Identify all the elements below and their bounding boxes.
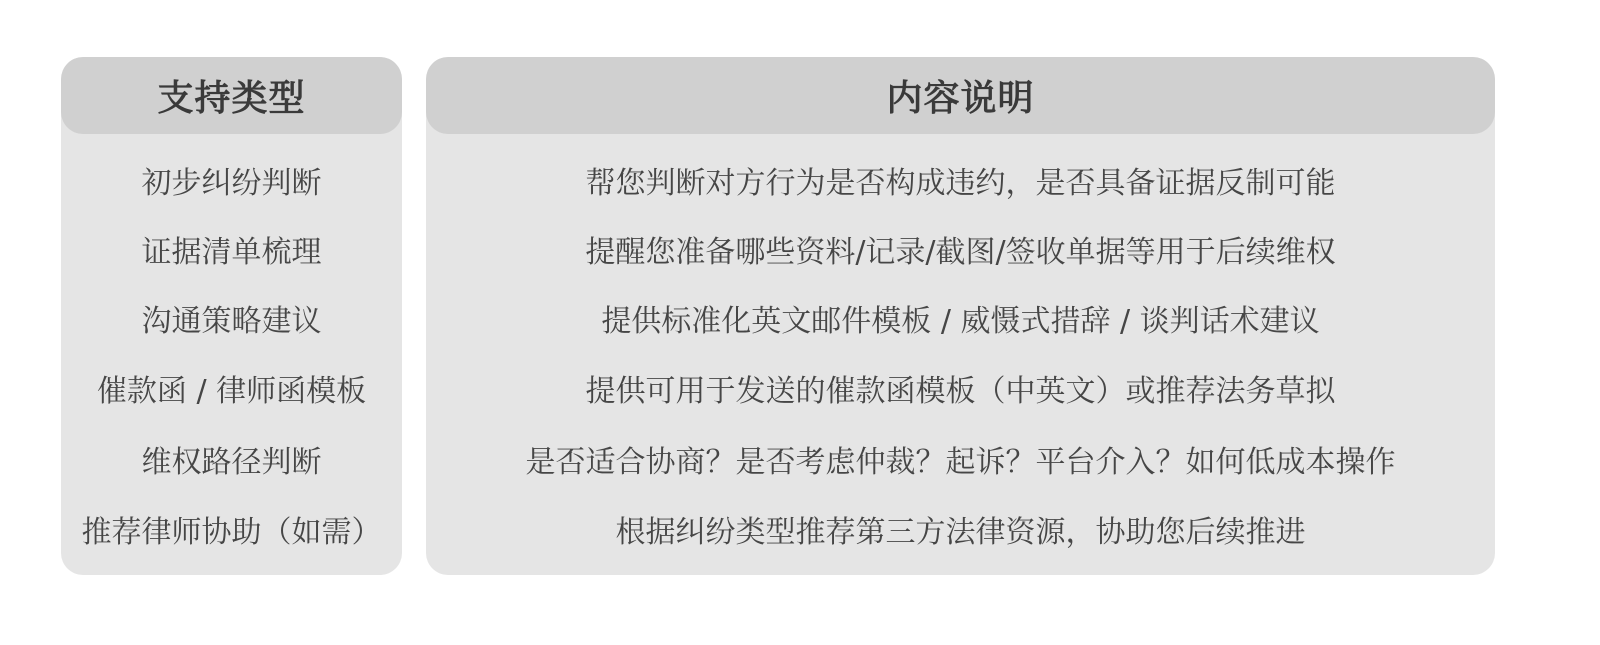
- support-type-cell: 维权路径判断: [61, 434, 402, 484]
- description-cell: 根据纠纷类型推荐第三方法律资源，协助您后续推进: [426, 504, 1495, 554]
- description-cell: 提供可用于发送的催款函模板（中英文）或推荐法务草拟: [426, 363, 1495, 413]
- support-type-column: 支持类型 初步纠纷判断 证据清单梳理 沟通策略建议 催款函 / 律师函模板 维权…: [61, 57, 402, 575]
- description-cell: 帮您判断对方行为是否构成违约，是否具备证据反制可能: [426, 155, 1495, 205]
- support-type-cell: 沟通策略建议: [61, 293, 402, 343]
- support-type-cell: 催款函 / 律师函模板: [61, 363, 402, 413]
- description-cell: 是否适合协商？是否考虑仲裁？起诉？平台介入？如何低成本操作: [426, 434, 1495, 484]
- description-column: 内容说明 帮您判断对方行为是否构成违约，是否具备证据反制可能 提醒您准备哪些资料…: [426, 57, 1495, 575]
- support-type-cell: 证据清单梳理: [61, 224, 402, 274]
- description-header: 内容说明: [426, 57, 1495, 134]
- support-type-cell: 推荐律师协助（如需）: [61, 504, 402, 554]
- support-type-cell: 初步纠纷判断: [61, 155, 402, 205]
- description-cell: 提供标准化英文邮件模板 / 威慑式措辞 / 谈判话术建议: [426, 293, 1495, 343]
- description-cell: 提醒您准备哪些资料/记录/截图/签收单据等用于后续维权: [426, 224, 1495, 274]
- support-type-header: 支持类型: [61, 57, 402, 134]
